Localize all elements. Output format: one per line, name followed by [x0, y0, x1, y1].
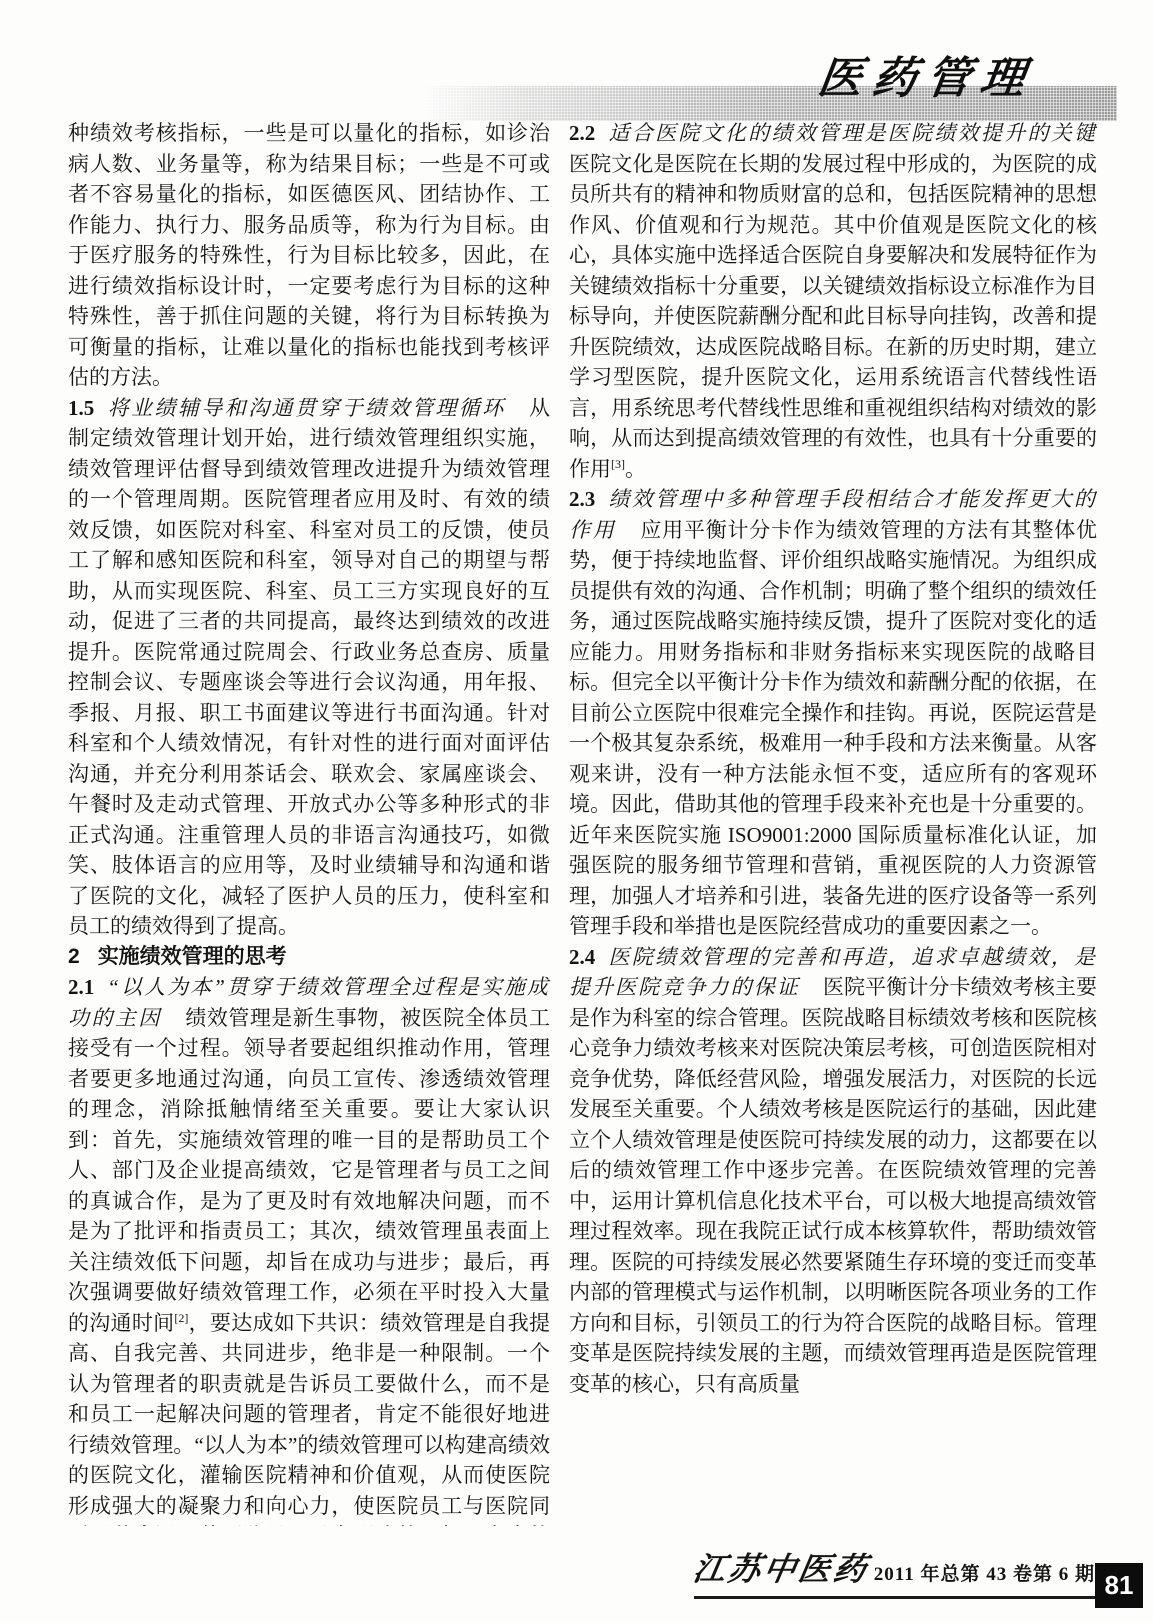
section-number: 2.3	[569, 487, 595, 511]
paragraph-continuation: 种绩效考核指标，一些是可以量化的指标，如诊治病人数、业务量等，称为结果目标；一些…	[68, 118, 550, 393]
section-2-2: 2.2适合医院文化的绩效管理是医院绩效提升的关键 医院文化是医院在长期的发展过程…	[569, 118, 1097, 484]
section-number: 2.1	[68, 975, 94, 999]
right-column: 2.2适合医院文化的绩效管理是医院绩效提升的关键 医院文化是医院在长期的发展过程…	[569, 118, 1097, 1526]
section-heading: 适合医院文化的绩效管理是医院绩效提升的关键	[608, 121, 1097, 145]
article-body: 种绩效考核指标，一些是可以量化的指标，如诊治病人数、业务量等，称为结果目标；一些…	[68, 118, 1097, 1526]
issue-info: 2011 年总第 43 卷第 6 期	[874, 1559, 1095, 1586]
section-text: 绩效管理是新生事物，被医院全体员工接受有一个过程。领导者要起组织推动作用，管理者…	[68, 1006, 550, 1335]
section-heading: 实施绩效管理的思考	[98, 945, 287, 968]
section-text: 应用平衡计分卡作为绩效管理的方法有其整体优势，便于持续地监督、评价组织战略实施情…	[569, 518, 1097, 939]
section-2-1: 2.1“以人为本”贯穿于绩效管理全过程是实施成功的主因 绩效管理是新生事物，被医…	[68, 972, 550, 1526]
column-banner-title: 医药管理	[815, 42, 1040, 106]
section-1-5: 1.5将业绩辅导和沟通贯穿于绩效管理循环 从制定绩效管理计划开始，进行绩效管理组…	[68, 393, 550, 942]
section-number: 2	[68, 945, 80, 968]
citation-ref: [3]	[611, 457, 625, 471]
section-text: 。	[625, 457, 646, 481]
section-text: 从制定绩效管理计划开始，进行绩效管理组织实施，绩效管理评估督导到绩效管理改进提升…	[68, 396, 550, 939]
section-number: 1.5	[68, 396, 94, 420]
footer-rule: 江苏中医药 2011 年总第 43 卷第 6 期	[694, 1544, 1095, 1599]
section-text: 医院文化是医院在长期的发展过程中形成的，为医院的成员所共有的精神和物质财富的总和…	[569, 152, 1097, 481]
section-2-4: 2.4医院绩效管理的完善和再造，追求卓越绩效，是提升医院竞争力的保证 医院平衡计…	[569, 942, 1097, 1400]
section-text: ，要达成如下共识：绩效管理是自我提高、自我完善、共同进步，绝非是一种限制。一个认…	[68, 1311, 550, 1527]
left-column: 种绩效考核指标，一些是可以量化的指标，如诊治病人数、业务量等，称为结果目标；一些…	[68, 118, 550, 1526]
citation-ref: [2]	[174, 1311, 188, 1325]
section-text: 医院平衡计分卡绩效考核主要是作为科室的综合管理。医院战略目标绩效考核和医院核心竞…	[569, 975, 1097, 1396]
section-2-3: 2.3绩效管理中多种管理手段相结合才能发挥更大的作用 应用平衡计分卡作为绩效管理…	[569, 484, 1097, 942]
page-footer: 江苏中医药 2011 年总第 43 卷第 6 期 81	[694, 1544, 1143, 1599]
journal-logo-text: 江苏中医药	[690, 1544, 873, 1590]
section-2-heading: 2实施绩效管理的思考	[68, 942, 550, 973]
section-number: 2.4	[569, 945, 595, 969]
page-number-badge: 81	[1095, 1563, 1143, 1608]
section-heading: 将业绩辅导和沟通贯穿于绩效管理循环	[107, 396, 529, 420]
section-number: 2.2	[569, 121, 595, 145]
journal-page: 医药管理 种绩效考核指标，一些是可以量化的指标，如诊治病人数、业务量等，称为结果…	[0, 0, 1153, 1623]
paragraph-text: 种绩效考核指标，一些是可以量化的指标，如诊治病人数、业务量等，称为结果目标；一些…	[68, 121, 550, 389]
